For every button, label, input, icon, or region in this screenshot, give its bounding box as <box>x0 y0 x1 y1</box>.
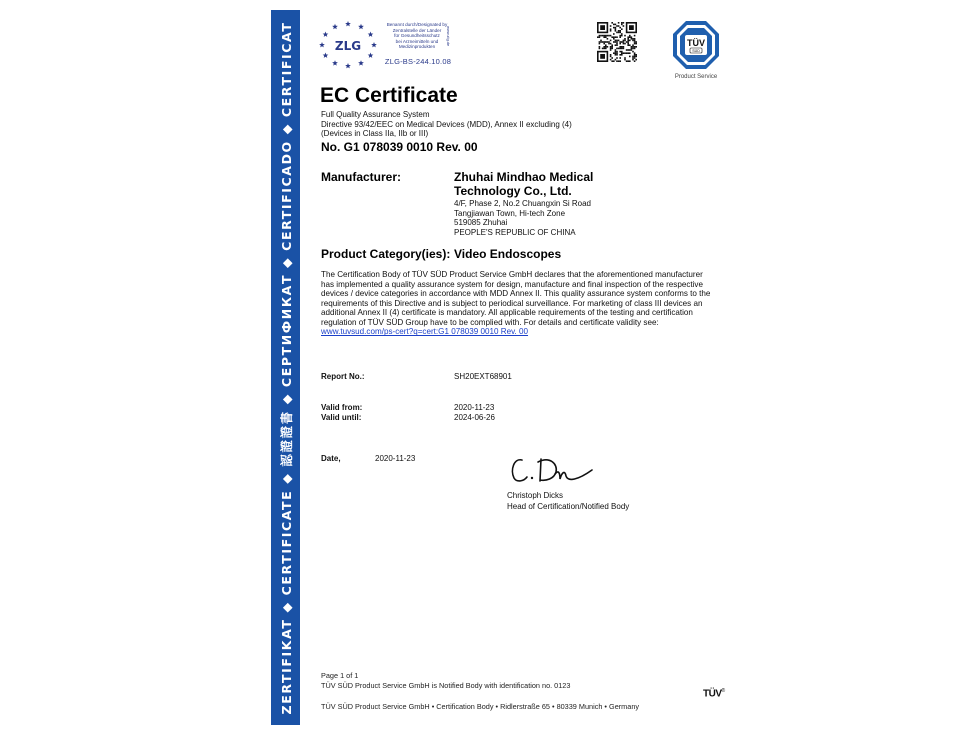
zlg-code: ZLG-BS-244.10.08 <box>382 57 454 66</box>
certificate-side-band: ZERTIFIKAT ◆ CERTIFICATE ◆ 認證證書 ◆ СЕРТИФ… <box>271 10 300 725</box>
zlg-website: www.zlg.de <box>446 26 451 46</box>
zlg-designation-logo: ZLG Benannt durch/Designated by Zentrals… <box>318 20 458 70</box>
certification-statement: The Certification Body of TÜV SÜD Produc… <box>321 270 711 337</box>
address-line: 4/F, Phase 2, No.2 Chuangxin Si Road <box>454 199 591 209</box>
report-number-label: Report No.: <box>321 372 365 381</box>
tuv-sud-logo-icon: TÜV SÜD <box>672 20 720 70</box>
signature-icon <box>508 450 598 492</box>
registered-mark: ® <box>722 688 725 694</box>
side-band-text: ZERTIFIKAT ◆ CERTIFICATE ◆ 認證證書 ◆ СЕРТИФ… <box>277 21 295 714</box>
signatory-title: Head of Certification/Notified Body <box>507 502 629 513</box>
valid-from-label: Valid from: <box>321 403 362 412</box>
notified-body-note: TÜV SÜD Product Service GmbH is Notified… <box>321 681 570 690</box>
date-label: Date, <box>321 454 341 463</box>
manufacturer-name-line: Zhuhai Mindhao Medical <box>454 170 593 184</box>
signatory: Christoph Dicks Head of Certification/No… <box>507 491 629 512</box>
subtitle-line: (Devices in Class IIa, IIb or III) <box>321 129 572 139</box>
report-number-value: SH20EXT68901 <box>454 372 512 381</box>
zlg-line: Medizinprodukten <box>382 44 452 50</box>
tuv-logo-bottom: SÜD <box>692 49 700 53</box>
manufacturer-address: 4/F, Phase 2, No.2 Chuangxin Si Road Tan… <box>454 199 591 237</box>
address-line: 519085 Zhuhai <box>454 218 591 228</box>
subtitle-line: Directive 93/42/EEC on Medical Devices (… <box>321 120 572 130</box>
product-category-label: Product Category(ies): <box>321 247 450 261</box>
tuv-mark-text: TÜV <box>703 688 722 699</box>
certificate-number: No. G1 078039 0010 Rev. 00 <box>321 140 478 154</box>
certificate-validity-link[interactable]: www.tuvsud.com/ps-cert?q=cert:G1 078039 … <box>321 327 528 336</box>
statement-text: The Certification Body of TÜV SÜD Produc… <box>321 270 710 327</box>
address-line: PEOPLE'S REPUBLIC OF CHINA <box>454 228 591 238</box>
issuer-address: TÜV SÜD Product Service GmbH • Certifica… <box>321 702 639 711</box>
zlg-star-ring-icon: ZLG <box>318 20 378 70</box>
signatory-name: Christoph Dicks <box>507 491 629 502</box>
tuv-mark: TÜV® <box>703 688 725 699</box>
zlg-line: Benannt durch/Designated by <box>382 22 452 28</box>
certificate-title: EC Certificate <box>320 84 458 108</box>
valid-until-label: Valid until: <box>321 413 361 422</box>
manufacturer-label: Manufacturer: <box>321 170 401 184</box>
product-category-value: Video Endoscopes <box>454 247 561 261</box>
subtitle-line: Full Quality Assurance System <box>321 110 572 120</box>
qr-code-icon[interactable] <box>597 22 637 62</box>
certificate-subtitle: Full Quality Assurance System Directive … <box>321 110 572 139</box>
valid-until-value: 2024-06-26 <box>454 413 495 422</box>
zlg-designation-text: Benannt durch/Designated by Zentralstell… <box>382 22 452 50</box>
zlg-logo-text: ZLG <box>335 39 361 53</box>
tuv-logo-top: TÜV <box>687 38 705 48</box>
address-line: Tangjiawan Town, Hi-tech Zone <box>454 209 591 219</box>
tuv-logo-caption: Product Service <box>664 74 728 80</box>
manufacturer-name: Zhuhai Mindhao Medical Technology Co., L… <box>454 170 593 198</box>
page-indicator: Page 1 of 1 <box>321 671 358 680</box>
manufacturer-name-line: Technology Co., Ltd. <box>454 184 593 198</box>
date-value: 2020-11-23 <box>375 454 415 463</box>
valid-from-value: 2020-11-23 <box>454 403 494 412</box>
